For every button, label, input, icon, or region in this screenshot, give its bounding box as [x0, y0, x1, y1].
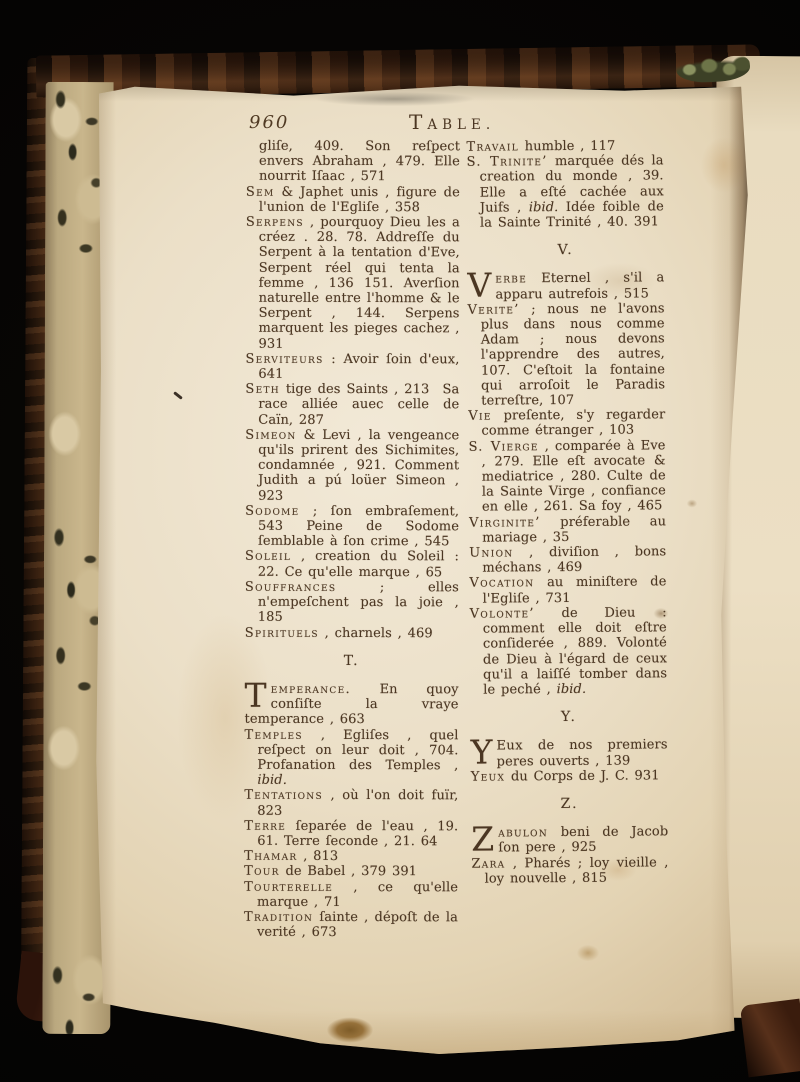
index-entry: Spirituels , charnels , 469 [245, 625, 459, 641]
index-entry: Seth tige des Saints , 213 Sa race allié… [245, 382, 459, 428]
index-entry: Travail humble , 117 [466, 138, 663, 155]
index-entry: Vie preſente, s'y regarder comme étrange… [468, 408, 665, 440]
index-entry: Virginite’ préferable au mariage , 35 [469, 514, 666, 546]
index-entry: Serviteurs : Avoir ſoin d'eux, 641 [245, 352, 459, 383]
entry-term: erbe [495, 272, 527, 287]
index-entry: S. Trinite’ marquée dés la creation du m… [467, 154, 665, 231]
index-entry: Simeon & Levi , la vengeance qu'ils prir… [245, 428, 459, 505]
entry-term: Sodome [245, 504, 300, 519]
entry-term: Verite’ [468, 302, 520, 317]
index-entry: Sem & Japhet unis , figure de l'union de… [246, 184, 460, 215]
entry-term: Souffrances [245, 580, 336, 595]
entry-term: Temples [244, 727, 302, 742]
entry-text: tige des Saints , 213 Sa race alliée aue… [258, 382, 459, 428]
index-entry: Souffrances ; elles n'empeſchent pas la … [245, 580, 459, 626]
entry-text: , pourquoy Dieu les a créez . 28. 78. Ad… [258, 215, 459, 352]
index-entry: Yeux du Corps de J. C. 931 [471, 768, 668, 785]
entry-term: Soleil [245, 549, 291, 564]
section-heading: V. [467, 243, 664, 260]
entry-text: preſente, s'y regarder comme étranger , … [481, 408, 665, 439]
index-entry: Verite’ ; nous ne l'avons plus dans nous… [468, 301, 666, 409]
entry-text: gliſe, 409. Son reſpect envers Abraham ,… [259, 139, 460, 185]
index-entry: Vocation au miniſtere de l'Egliſe , 731 [469, 575, 666, 607]
index-entry: Volonte’ de Dieu : comment elle doit eſt… [470, 605, 668, 698]
entry-term: Serviteurs [245, 352, 323, 367]
foxing-spot [573, 942, 603, 964]
index-entry: Serpens , pourquoy Dieu les a créez . 28… [245, 215, 459, 352]
entry-text: , Pharés ; loy vieille , loy nouvelle , … [485, 855, 669, 886]
page-number: 960 [249, 112, 289, 133]
entry-text: , charnels , 469 [319, 625, 433, 640]
running-title: TABLE. [409, 110, 495, 134]
index-entry: Temples , Egliſes , quel reſpect on leur… [244, 727, 458, 788]
entry-text: humble , 117 [519, 139, 615, 155]
entry-term: Virginite’ [469, 515, 541, 530]
entry-text: ſeparée de l'eau , 19. 61. Terre ſeconde… [257, 819, 458, 850]
entry-term: Vie [468, 409, 492, 424]
foxing-spot [685, 498, 699, 509]
entry-term: Zara [471, 856, 505, 871]
index-entry: Tentations , où l'on doit fuïr, 823 [244, 788, 458, 819]
index-entry: Soleil , creation du Soleil : 22. Ce qu'… [245, 549, 459, 580]
index-entry: gliſe, 409. Son reſpect envers Abraham ,… [246, 139, 460, 185]
drop-cap: T [245, 682, 271, 709]
entry-term: S. Vierge [468, 439, 538, 454]
entry-text: ; nous ne l'avons plus dans nous comme A… [481, 301, 666, 409]
entry-term: Serpens [246, 215, 304, 230]
entry-term: Thamar [244, 849, 297, 864]
drop-cap: V [467, 272, 495, 299]
entry-term: Tradition [244, 910, 313, 925]
entry-text: , 813 [297, 849, 338, 864]
entry-term: Yeux [471, 769, 505, 784]
entry-term: abulon [498, 825, 548, 840]
entry-term: Tour [244, 864, 280, 879]
index-entry: Sodome ; ſon embraſement, 543 Peine de S… [245, 504, 459, 550]
index-column-left: gliſe, 409. Son reſpect envers Abraham ,… [244, 139, 460, 941]
entry-term: Tourterelle [244, 879, 333, 894]
entry-term: Sem [246, 184, 275, 199]
index-entry: Thamar , 813 [244, 849, 458, 865]
section-heading: Z. [471, 796, 668, 813]
entry-term: Vocation [469, 576, 534, 591]
section-heading: Y. [470, 709, 667, 726]
entry-term: Spirituels [245, 625, 319, 640]
entry-term: Union [469, 545, 513, 560]
entry-term: Eux [496, 739, 523, 754]
book-page: 960 TABLE. gliſe, 409. Son reſpect enver… [95, 78, 757, 1054]
index-entry: Union , diviſion , bons méchans , 469 [469, 544, 666, 576]
index-entry: Terre ſeparée de l'eau , 19. 61. Terre ſ… [244, 818, 458, 849]
entry-term: Tentations [244, 788, 323, 803]
entry-text: de nos premiers peres ouverts , 139 [497, 738, 668, 769]
pen-mark [173, 391, 183, 400]
entry-term: Travail [466, 139, 519, 154]
entry-text: de Babel , 379 391 [280, 864, 417, 879]
index-entry: Zabulon beni de Jacob ſon pere , 925 [471, 824, 668, 856]
index-column-right: Travail humble , 117S. Trinite’ marquée … [466, 138, 668, 886]
entry-term: Simeon [245, 428, 296, 443]
section-heading: T. [245, 653, 459, 669]
index-entry: Temperance. En quoy conſiſte la vraye te… [245, 682, 459, 728]
entry-text: du Corps de J. C. 931 [505, 768, 660, 784]
ink-stain [321, 1014, 379, 1046]
index-entry: Zara , Pharés ; loy vieille , loy nouvel… [471, 855, 668, 887]
entry-term: Volonte’ [470, 606, 535, 621]
drop-cap: Y [471, 739, 497, 766]
entry-term: S. Trinite’ [467, 154, 548, 170]
drop-cap: Z [471, 826, 498, 853]
entry-term: Seth [245, 382, 280, 397]
entry-term: emperance. [271, 682, 351, 697]
index-entry: YEux de nos premiers peres ouverts , 139 [471, 738, 668, 770]
index-entry: S. Vierge , comparée à Eve , 279. Elle e… [468, 438, 666, 515]
entry-text: & Japhet unis , figure de l'union de l'E… [259, 184, 460, 215]
book-cover-corner-right [740, 999, 800, 1078]
index-entry: Verbe Eternel , s'il a apparu autrefois … [467, 271, 664, 303]
index-entry: Tradition ſainte , dépoſt de la verité ,… [244, 910, 458, 941]
index-entry: Tour de Babel , 379 391 [244, 864, 458, 880]
photo-of-open-book: 960 TABLE. gliſe, 409. Son reſpect enver… [0, 0, 800, 1082]
entry-term: Terre [244, 818, 286, 833]
index-entry: Tourterelle , ce qu'elle marque , 71 [244, 879, 458, 910]
